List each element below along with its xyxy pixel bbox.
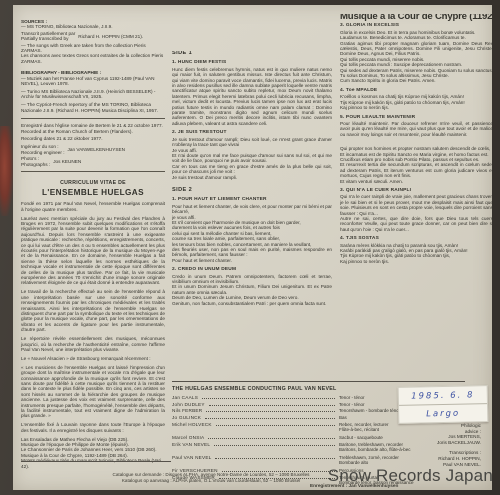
- track-title: 3. QUI N'A LE CUER RAINPLI: [340, 188, 493, 193]
- engineer-label-fr: Ingénieur du son :: [21, 144, 65, 149]
- recording-note-fr: Enregistré dans l'église romaine de Bert…: [21, 123, 165, 128]
- track-title: 1. HUNC DIEM FESTIS: [172, 60, 332, 65]
- engineer-label-en: Recording engineer :: [21, 150, 65, 155]
- handwritten-date: 1985. 6. 8: [411, 390, 474, 401]
- catalogue-block: Catalogue sur demande : Disques ALPHA, a…: [91, 472, 331, 484]
- track-title: 4. Toe MPALDE: [340, 88, 493, 93]
- track-lyrics: Pour léaulté maintenir. Par douceur refr…: [340, 121, 493, 137]
- recording-dates: Recording dates 21 & 22 oktober 1977.: [21, 136, 165, 141]
- sleeve-panel: SOURCES : — MS TORINO, Biblioteca Nazion…: [13, 5, 492, 490]
- track-lyrics: Je suis trestout d'amour rampli; Dieu so…: [172, 137, 332, 180]
- record-back-cover-scan: SOURCES : — MS TORINO, Biblioteca Nazion…: [0, 0, 500, 495]
- advisors-block: Philologic advice : Jos MERTENS, Joris B…: [386, 423, 481, 467]
- transcriber-label-en: Partially transcribed by: [21, 36, 75, 41]
- cv-paragraph: Le « Nouvel Alsacien » de Strasbourg rem…: [21, 356, 165, 361]
- source-ms: — MS TORINO, Biblioteca Nazionale, J.II.…: [21, 24, 165, 29]
- track-lyrics: Pour haut et liement chanter, de vois cl…: [172, 204, 332, 263]
- track-lyrics: Saràna mères klòkkia na chatij to paramà…: [340, 243, 493, 265]
- dot-leader: [208, 435, 335, 439]
- divider: [21, 461, 171, 462]
- cv-heading-top: CURRICULUM VITAE DE: [21, 181, 165, 186]
- member-name: Marcel ONSIA: [172, 435, 204, 440]
- member-name: Erik VAN NEVEL: [172, 442, 210, 447]
- right-column: Musique à la Cour de Chypre (1192-1489) …: [340, 14, 493, 386]
- cv-paragraph: Le répertoire révèle essentiellement des…: [21, 336, 165, 352]
- photo-value: Jos KEUNEN: [53, 159, 81, 164]
- track-lyrics: Gloria in excelsis Deo. Et in terra pax …: [340, 30, 493, 84]
- photographer-row: Photo's : Photographs : Jos KEUNEN: [21, 156, 165, 167]
- philologic-names: Jos MERTENS, Joris BACKELJAUW.: [386, 434, 481, 445]
- dot-leader: [206, 408, 335, 412]
- bibliography-item: — Muziek aan het Franse Hof van Cyprus 1…: [21, 76, 165, 87]
- track-title: 4. TJIS SOSTAS: [340, 236, 493, 241]
- member-name: Paul VAN NEVEL: [172, 455, 211, 460]
- track-title: 5. POUR LEAULTE MAINTENIR: [340, 115, 493, 120]
- photo-label-en: Photographs :: [21, 162, 50, 167]
- member-name: Michel HOLVECK: [172, 422, 212, 427]
- middle-column: SIDE 1 1. HUNC DIEM FESTIS Hunc diem fes…: [172, 51, 332, 379]
- member-name: Jo GULINCK: [172, 415, 201, 420]
- track-lyrics: Hunc diem festis celebremus hymnis, natu…: [172, 67, 332, 126]
- track-lyrics: Credo in unum Deum. Patrem omnipotentem,…: [172, 274, 332, 306]
- track-title: 2. JE SUIS TRESTOUT: [172, 130, 332, 135]
- handwritten-date-sticker: 1985. 6. 8 Largo: [398, 385, 489, 424]
- cv-paragraph: « Les musiciens de l'ensemble Huelgas on…: [21, 365, 165, 419]
- dot-leader: [216, 422, 335, 426]
- dot-leader: [215, 455, 335, 459]
- credo-continuation: Qui propter nos homines et propter nostr…: [340, 146, 493, 184]
- dot-leader: [209, 402, 335, 406]
- track-title: 1. POUR HAUT ET LIEMENT CHANTER: [172, 197, 332, 202]
- divider: [21, 171, 165, 172]
- handwritten-note: Largo: [426, 409, 460, 420]
- snow-records-watermark: Snow Records Japan: [328, 466, 493, 486]
- transcriber-value: Richard H. HOPPIN (CMM 21).: [78, 34, 143, 39]
- bibliography-item: — Turino MS Biblioteca Nazionale J.II.9.…: [21, 89, 165, 100]
- album-title: Musique à la Cour de Chypre (1192-1489): [340, 14, 493, 19]
- member-name: John DUDLEY: [172, 402, 205, 407]
- dot-leader: [205, 415, 335, 419]
- engineer-row: Ingénieur du son : Recording engineer : …: [21, 144, 165, 155]
- track-title: 3. GLORIA IN EXCELSIS: [340, 23, 493, 28]
- side2-label: SIDE 2: [172, 188, 332, 193]
- engineer-value: Jan VANWELKENHUYSEN: [68, 147, 125, 152]
- dot-leader: [202, 395, 335, 399]
- divider: [21, 118, 165, 119]
- source-greek-en: — The songs with Greek are taken from th…: [21, 43, 165, 54]
- red-edge-mark: [0, 126, 13, 216]
- recording-note-en: Recorded at the Roman Church of Bertem (…: [21, 129, 165, 134]
- member-name: Nils FERBER: [172, 408, 202, 413]
- cv-paragraph: Lauréat avec mention spéciale du jury au…: [21, 216, 165, 286]
- cv-paragraph: Fondé en 1971 par Paul Van Nevel, l'ense…: [21, 201, 165, 212]
- bibliography-item: — The Cypriot-French repertory of the MS…: [21, 102, 165, 113]
- track-lyrics: Qui n'a le cuer rainpli de vraie joie, m…: [340, 194, 493, 232]
- track-lyrics: K'oéllos o kosmos na chatij tijs Kúproe …: [340, 94, 493, 110]
- source-greek-fr: Les chansons avec textes Grecs sont extr…: [21, 53, 165, 64]
- cv-heading-main: L'ENSEMBLE HUELGAS: [21, 190, 165, 195]
- left-column: SOURCES : — MS TORINO, Biblioteca Nazion…: [21, 19, 165, 469]
- track-title: 2. CREDO IN UNUM DEUM: [172, 267, 332, 272]
- side1-label: SIDE 1: [172, 51, 332, 56]
- philologic-label: Philologic advice :: [386, 423, 481, 434]
- member-name: Jan CAALS: [172, 395, 198, 400]
- discography-item: Motets médiévaux tirés du manuscrit turi…: [21, 458, 165, 469]
- catalogue-line-nl: Katalogus op aanvraag : ALPHA platen, O.…: [91, 478, 331, 484]
- cv-paragraph: Le travail de la recherche effectué au s…: [21, 289, 165, 332]
- transcriber-row: Transcrit partiellement par Partially tr…: [21, 31, 165, 42]
- cv-paragraph: L'ensemble fixé à Louvain rayonne dans t…: [21, 422, 165, 433]
- dot-leader: [214, 442, 335, 446]
